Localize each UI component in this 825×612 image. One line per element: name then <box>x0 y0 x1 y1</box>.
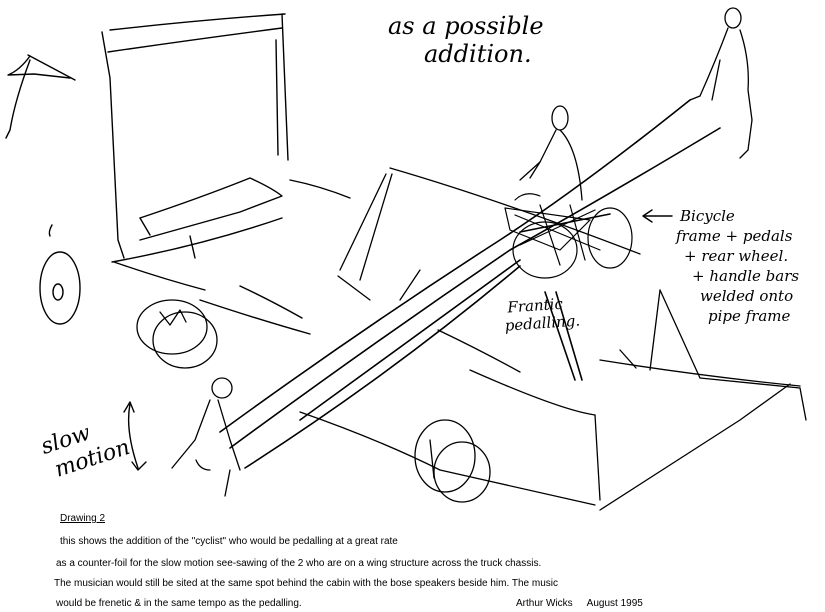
caption-line: would be frenetic & in the same tempo as… <box>56 598 302 610</box>
caption-title: Drawing 2 <box>60 513 105 525</box>
bicycle <box>505 194 632 278</box>
caption-credit: Arthur WicksAugust 1995 <box>516 598 643 610</box>
annotation-line: + handle bars <box>692 266 799 286</box>
annotation-line: welded onto <box>700 286 799 306</box>
annotation-bicycle: Bicycle frame + pedals + rear wheel. + h… <box>680 206 799 326</box>
annotation-line: + rear wheel. <box>684 246 799 266</box>
annotation-possible-addition: as a possible addition. <box>388 14 544 66</box>
annotation-line: pipe frame <box>708 306 799 326</box>
top-right-figure <box>690 8 752 158</box>
caption-line: this shows the addition of the "cyclist"… <box>60 536 398 548</box>
bottom-left-figure <box>172 378 240 496</box>
annotation-line: Bicycle <box>680 206 799 226</box>
annotation-line: as a possible <box>388 12 544 40</box>
truck-front-wheel <box>137 300 217 368</box>
cyclist-figure <box>520 106 582 200</box>
author-name: Arthur Wicks <box>516 598 573 609</box>
annotation-frantic-pedalling: Frantic pedalling. <box>507 294 581 335</box>
caption-line: as a counter-foil for the slow motion se… <box>56 558 541 570</box>
bicycle-pointer-arrow-icon <box>643 210 672 222</box>
see-saw-wing <box>220 100 720 468</box>
annotation-line: frame + pedals <box>676 226 799 246</box>
annotation-line: addition. <box>424 42 544 66</box>
truck-cabin <box>6 14 350 334</box>
caption-line: The musician would still be sited at the… <box>54 578 558 590</box>
caption-date: August 1995 <box>587 598 643 609</box>
truck-rear-wheel <box>415 420 490 502</box>
